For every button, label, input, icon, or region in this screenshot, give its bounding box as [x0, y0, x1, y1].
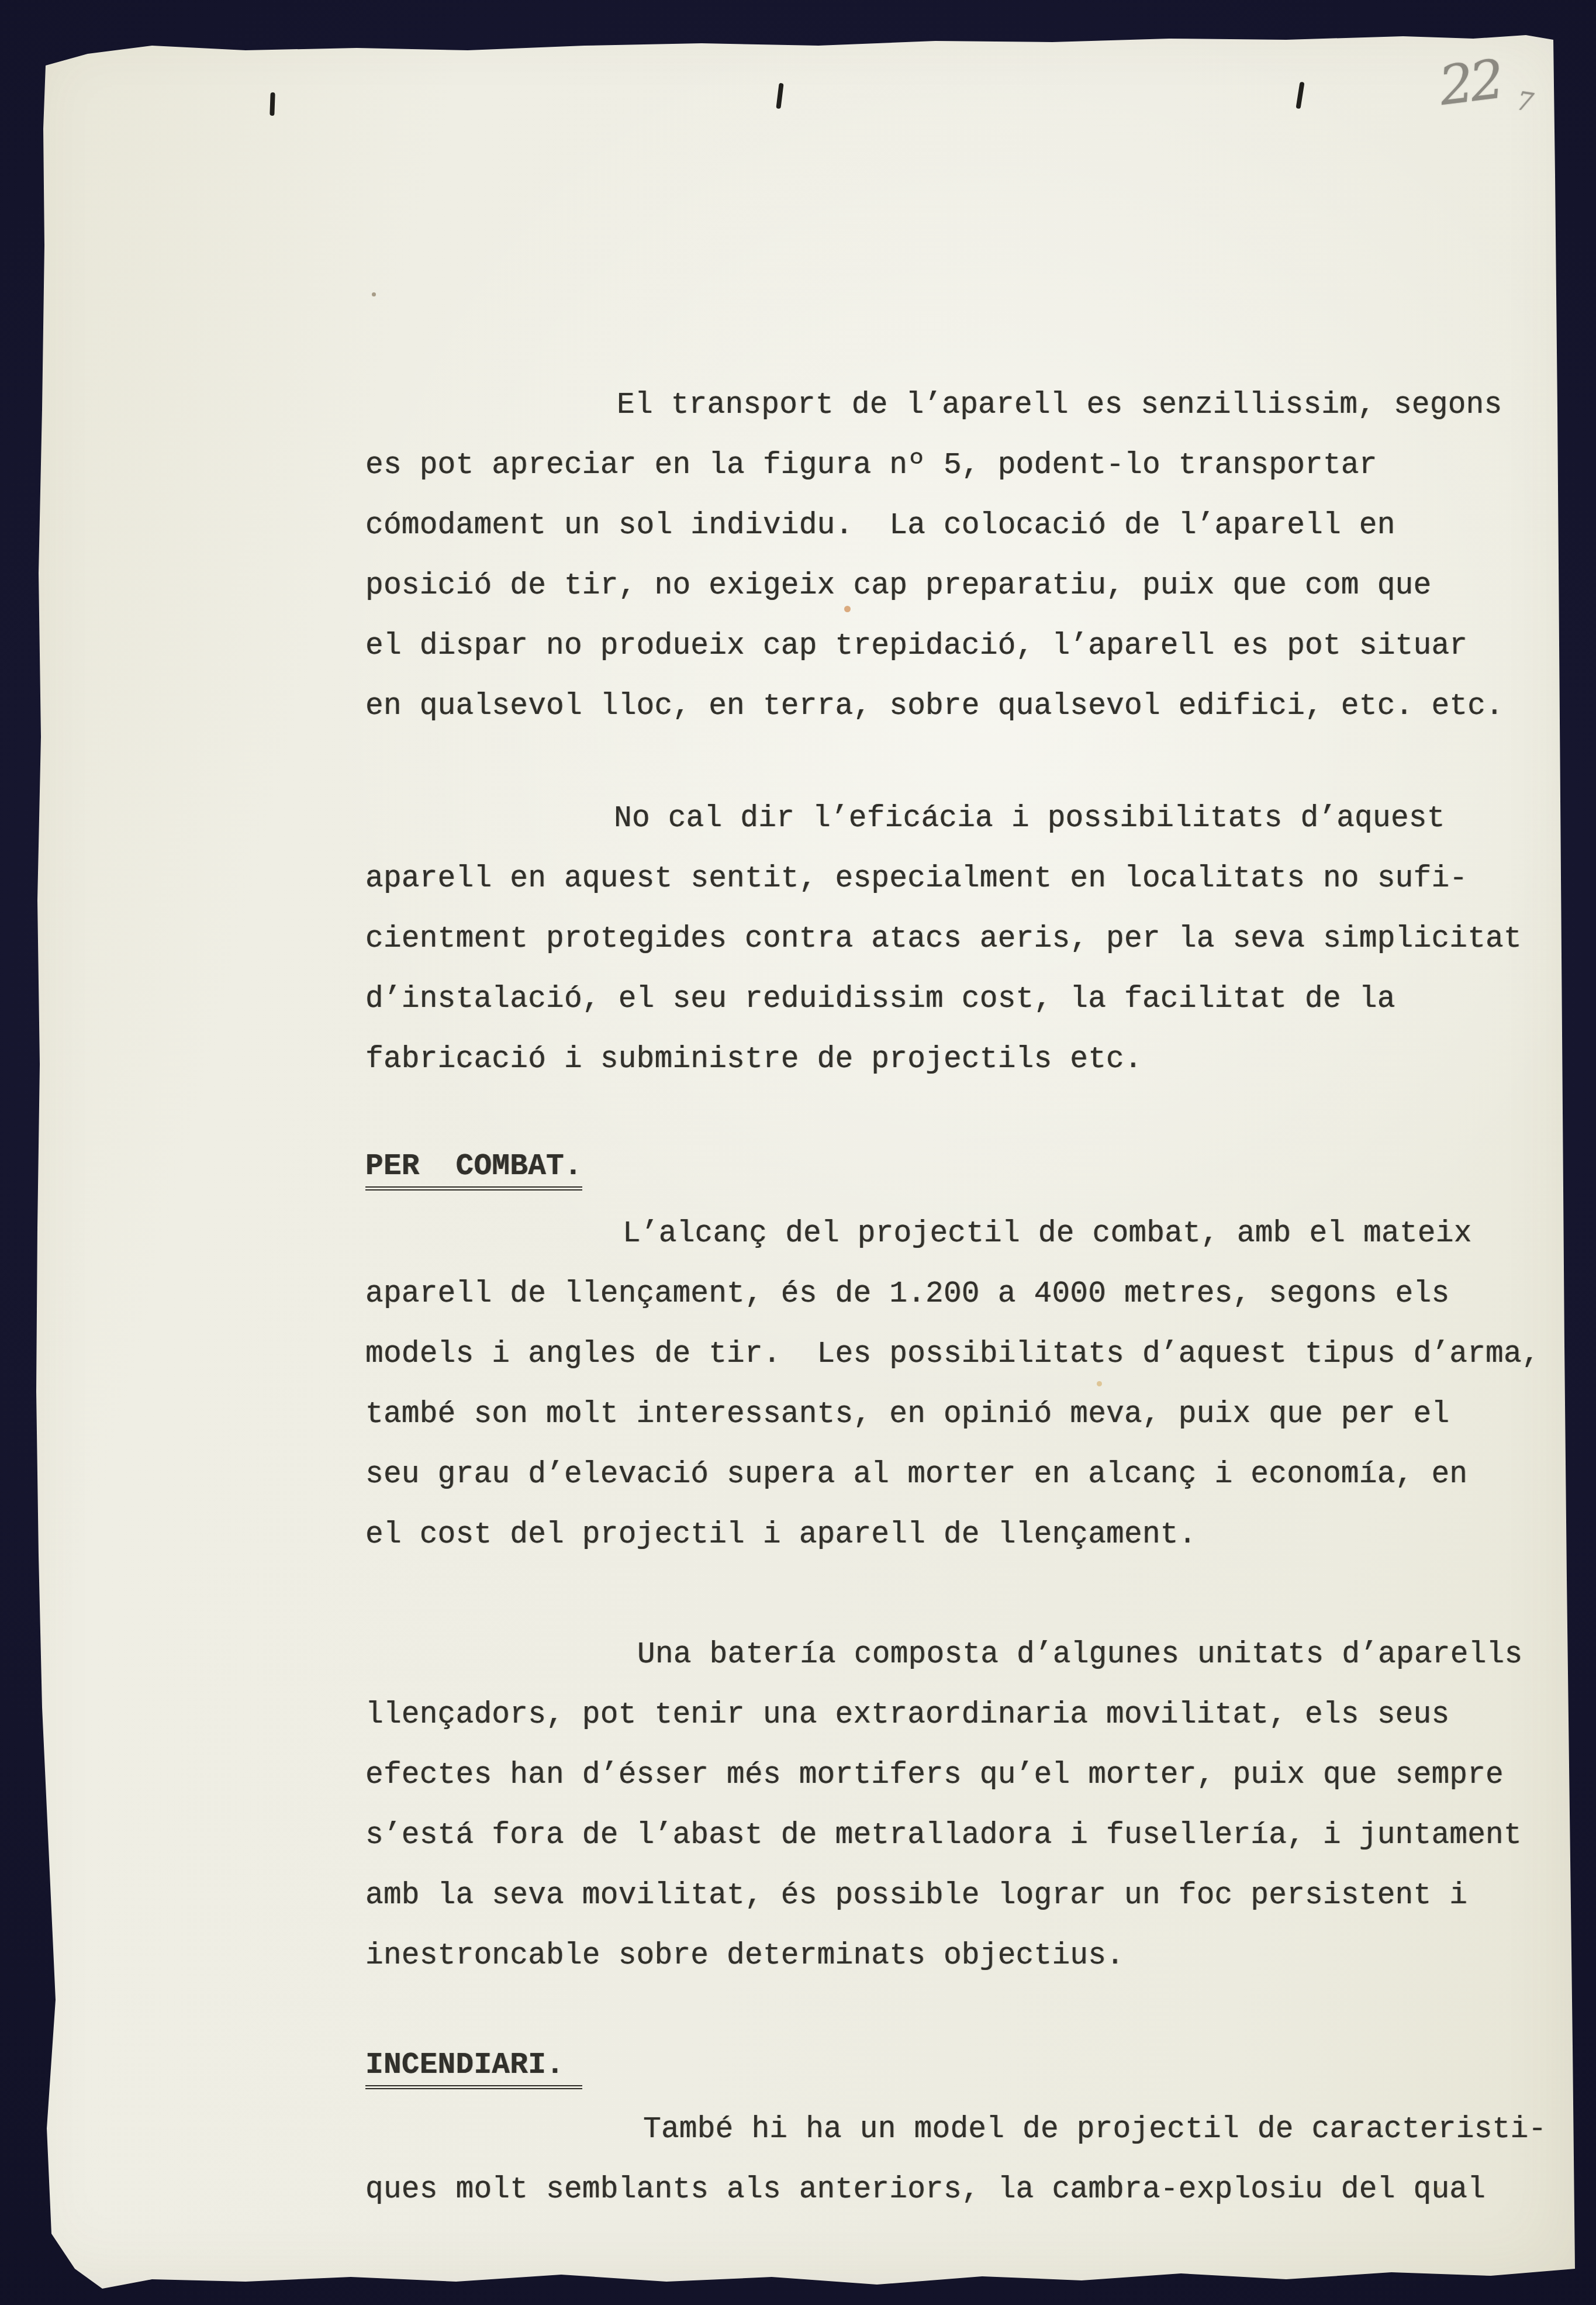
heading-underlined-text: INCENDIARI.: [365, 2048, 582, 2089]
text-line: El transport de l’aparell es senzillissi…: [365, 375, 1543, 436]
text-line: No cal dir l’eficácia i possibilitats d’…: [365, 789, 1543, 849]
paragraph-alcanc: L’alcanç del projectil de combat, amb el…: [365, 1204, 1543, 1565]
text-line: També hi ha un model de projectil de car…: [365, 2100, 1543, 2160]
text-line: cientment protegides contra atacs aeris,…: [365, 909, 1543, 969]
text-line: el dispar no produeix cap trepidació, l’…: [365, 616, 1543, 677]
text-line: L’alcanç del projectil de combat, amb el…: [365, 1204, 1543, 1264]
text-line: inestroncable sobre determinats objectiu…: [365, 1926, 1543, 1986]
text-line: cómodament un sol individu. La colocació…: [365, 496, 1543, 556]
text-line: seu grau d’elevació supera al morter en …: [365, 1445, 1543, 1505]
text-line: d’instalació, el seu reduidissim cost, l…: [365, 969, 1543, 1030]
paragraph-eficacia: No cal dir l’eficácia i possibilitats d’…: [365, 789, 1543, 1090]
text-line: aparell de llençament, és de 1.200 a 400…: [365, 1264, 1543, 1324]
text-line: en qualsevol lloc, en terra, sobre quals…: [365, 677, 1543, 737]
typed-text-body: El transport de l’aparell es senzillissi…: [0, 0, 1596, 2305]
section-heading-per-combat: PER COMBAT.: [365, 1137, 1543, 1197]
text-line: també son molt interessants, en opinió m…: [365, 1385, 1543, 1445]
text-line: Una batería composta d’algunes unitats d…: [365, 1625, 1543, 1685]
text-line: efectes han d’ésser més mortifers qu’el …: [365, 1745, 1543, 1806]
text-line: llençadors, pot tenir una extraordinaria…: [365, 1685, 1543, 1745]
paragraph-bateria: Una batería composta d’algunes unitats d…: [365, 1625, 1543, 1986]
text-line: aparell en aquest sentit, especialment e…: [365, 849, 1543, 909]
document-page: 22 7 El transport de l’aparell es senzil…: [0, 0, 1596, 2305]
section-heading-incendiari: INCENDIARI.: [365, 2035, 1543, 2096]
paragraph-transport: El transport de l’aparell es senzillissi…: [365, 375, 1543, 737]
text-line: s’está fora de l’abast de metralladora i…: [365, 1806, 1543, 1866]
text-line: el cost del projectil i aparell de llenç…: [365, 1505, 1543, 1565]
text-line: fabricació i subministre de projectils e…: [365, 1030, 1543, 1090]
scan-backdrop: 22 7 El transport de l’aparell es senzil…: [0, 0, 1596, 2305]
paragraph-incendiari: També hi ha un model de projectil de car…: [365, 2100, 1543, 2220]
heading-underlined-text: PER COMBAT.: [365, 1150, 582, 1191]
text-line: models i angles de tir. Les possibilitat…: [365, 1324, 1543, 1385]
text-line: posició de tir, no exigeix cap preparati…: [365, 556, 1543, 616]
text-line: ques molt semblants als anteriors, la ca…: [365, 2160, 1543, 2220]
text-line: es pot apreciar en la figura nº 5, poden…: [365, 436, 1543, 496]
text-line: amb la seva movilitat, és possible logra…: [365, 1866, 1543, 1926]
